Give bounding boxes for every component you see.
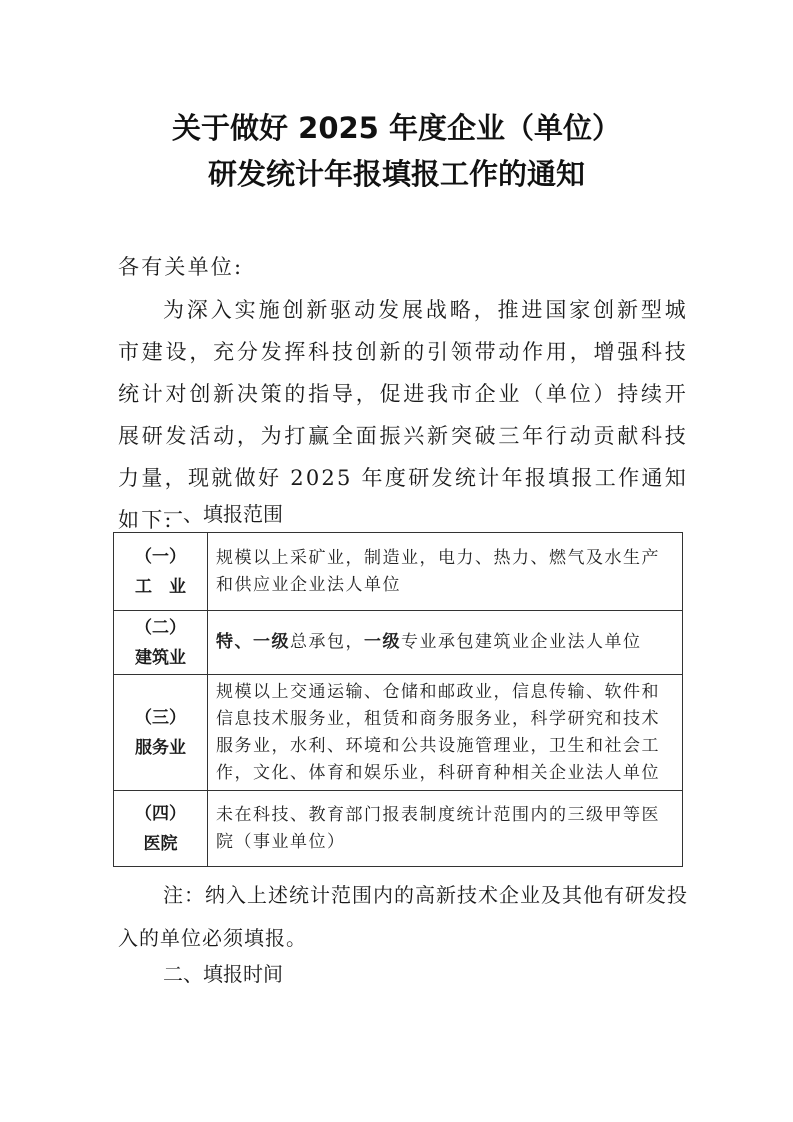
scope-table: （一） 工 业 规模以上采矿业，制造业，电力、热力、燃气及水生产和供应业企业法人… xyxy=(113,532,683,867)
category-name: 医院 xyxy=(122,829,199,859)
category-name: 建筑业 xyxy=(122,643,199,673)
category-cell: （二） 建筑业 xyxy=(114,611,208,675)
bold-text: 一级 xyxy=(364,632,401,652)
category-name: 工 业 xyxy=(122,572,199,602)
category-cell: （三） 服务业 xyxy=(114,675,208,791)
description-cell: 规模以上采矿业，制造业，电力、热力、燃气及水生产和供应业企业法人单位 xyxy=(208,533,683,611)
text: 专业承包建筑业企业法人单位 xyxy=(401,632,642,652)
section-heading-time: 二、填报时间 xyxy=(163,958,283,987)
text: 总承包， xyxy=(290,632,364,652)
category-number: （四） xyxy=(122,799,199,829)
category-number: （一） xyxy=(122,542,199,572)
section-heading-scope: 一、填报范围 xyxy=(163,498,283,527)
category-cell: （四） 医院 xyxy=(114,791,208,867)
salutation: 各有关单位: xyxy=(118,246,688,288)
category-number: （二） xyxy=(122,613,199,643)
category-name: 服务业 xyxy=(122,733,199,763)
table-row: （四） 医院 未在科技、教育部门报表制度统计范围内的三级甲等医院（事业单位） xyxy=(114,791,683,867)
description-cell: 未在科技、教育部门报表制度统计范围内的三级甲等医院（事业单位） xyxy=(208,791,683,867)
bold-text: 特、一级 xyxy=(216,632,290,652)
description-cell: 特、一级总承包，一级专业承包建筑业企业法人单位 xyxy=(208,611,683,675)
category-number: （三） xyxy=(122,703,199,733)
note-paragraph: 注：纳入上述统计范围内的高新技术企业及其他有研发投入的单位必须填报。 xyxy=(118,874,688,960)
table-row: （三） 服务业 规模以上交通运输、仓储和邮政业，信息传输、软件和信息技术服务业，… xyxy=(114,675,683,791)
category-cell: （一） 工 业 xyxy=(114,533,208,611)
document-title-line-1: 关于做好 2025 年度企业（单位） xyxy=(0,106,793,147)
document-title-line-2: 研发统计年报填报工作的通知 xyxy=(0,152,793,193)
table-row: （二） 建筑业 特、一级总承包，一级专业承包建筑业企业法人单位 xyxy=(114,611,683,675)
table-row: （一） 工 业 规模以上采矿业，制造业，电力、热力、燃气及水生产和供应业企业法人… xyxy=(114,533,683,611)
description-cell: 规模以上交通运输、仓储和邮政业，信息传输、软件和信息技术服务业，租赁和商务服务业… xyxy=(208,675,683,791)
